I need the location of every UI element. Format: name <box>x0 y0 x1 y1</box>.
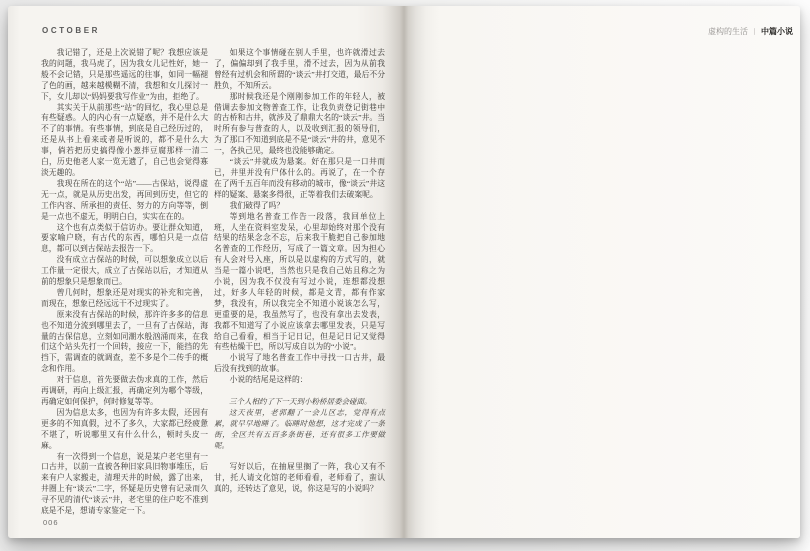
open-book-spread: OCTOBER 我记错了，还是上次说错了呢？我想应该是我的问题，我马虎了，因为我… <box>8 6 800 538</box>
right-page: 虚构的生活丨中篇小说 看起来有点像小说，有人物有对话，但其实不像，情节也谈不上什… <box>404 6 800 538</box>
left-page-column-1: 我记错了，还是上次说错了呢？我想应该是我的问题，我马虎了，因为我女儿记性好，她一… <box>41 48 208 517</box>
body-paragraph: 写好以后，在抽屉里搁了一阵，我心又有不甘，托人请文化馆的老师看看，老师看了，蛮认… <box>214 462 385 495</box>
body-paragraph: 我现在所在的这个“站”——古保站，说得虚无一点，就是从历史出发，再回到历史，但它… <box>41 179 208 223</box>
body-paragraph: 我们破得了吗？ <box>214 201 385 212</box>
body-paragraph: 这个也有点类似于信访办。要让群众知道，要家喻户晓，有古代的东西，哪怕只是一点信息… <box>41 223 208 256</box>
body-paragraph: 等到地名普查工作告一段落，我回单位上班，人坐在资料室发呆，心里却始终对那个没有结… <box>214 212 385 354</box>
running-head-divider: 丨 <box>751 28 758 36</box>
running-head-category: 中篇小说 <box>761 27 793 36</box>
body-paragraph: 对于信息，首先要做去伪求真的工作，然后再调研，再向上级汇报，再确定列为哪个等级，… <box>41 375 208 408</box>
quote-line: 三个人相约了下一天到小粉桥居委会碰面。 <box>214 397 385 408</box>
left-page-number: 006 <box>43 518 59 527</box>
body-paragraph: 原来没有古保站的时候，那许许多多的信息也不知道分流到哪里去了，一旦有了古保站，海… <box>41 310 208 375</box>
body-paragraph: 因为信息太多，也因为有许多太假，还因有更多的不知真假，过不了多久，大家都已经疲惫… <box>41 408 208 452</box>
body-paragraph: 有一次得到一个信息，说是某户老宅里有一口古井，以前一直被各种旧家具旧物事堆压，后… <box>41 452 208 517</box>
body-paragraph: “谈云”井就成为悬案。好在那只是一口井而已，井里并没有尸体什么的。再说了，在一个… <box>214 157 385 201</box>
body-paragraph: 如果这个事情碰在别人手里，也许就滑过去了，偏偏却到了我手里，滑不过去，因为从前我… <box>214 48 385 92</box>
body-paragraph: 曾几何时，想象还是对现实的补充和完善，而现在，想象已经远远干不过现实了。 <box>41 288 208 310</box>
body-paragraph: 那时候我还是个刚刚参加工作的年轻人，被借调去参加文物普查工作，让我负责登记街巷中… <box>214 92 385 157</box>
right-running-head: 虚构的生活丨中篇小说 <box>708 26 793 37</box>
body-paragraph: 没有成立古保站的时候，可以想象成立以后工作量一定很大，成立了古保站以后，才知道从… <box>41 255 208 288</box>
left-page: OCTOBER 我记错了，还是上次说错了呢？我想应该是我的问题，我马虎了，因为我… <box>8 6 404 538</box>
body-paragraph: 小说的结尾是这样的： <box>214 375 385 386</box>
left-page-column-2: 如果这个事情碰在别人手里，也许就滑过去了，偏偏却到了我手里，滑不过去，因为从前我… <box>214 48 385 495</box>
left-running-head: OCTOBER <box>42 26 100 35</box>
quote-line: 这天夜里，老郭翻了一会儿区志，觉得有点累，就早早地睡了。临睡时他想，这才完成了一… <box>214 408 385 452</box>
body-paragraph: 其实关于从前那些“站”的回忆，我心里总是有些疑惑。人的内心有一点疑惑，并不是什么… <box>41 103 208 179</box>
body-paragraph: 我记错了，还是上次说错了呢？我想应该是我的问题，我马虎了，因为我女儿记性好，她一… <box>41 48 208 103</box>
body-paragraph: 小说写了地名普查工作中寻找一口古井，最后没有找到的故事。 <box>214 353 385 375</box>
running-head-section-title: 虚构的生活 <box>708 27 748 36</box>
